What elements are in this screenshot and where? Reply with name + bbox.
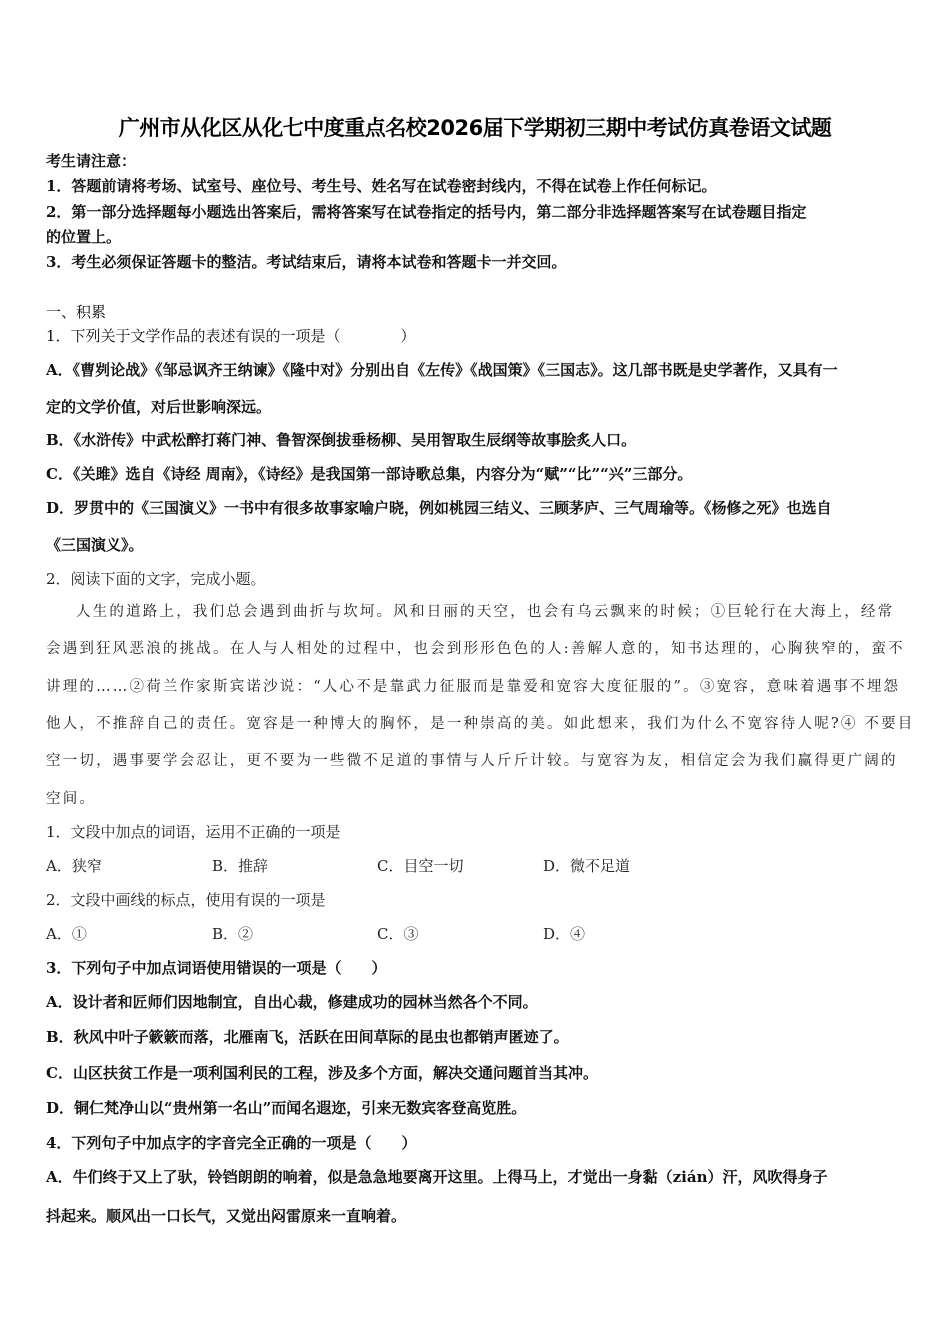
q4-option-a: A．牛们终于又上了驮，铃铛朗朗的响着，似是急急地要离开这里。上得马上，才觉出一身… — [46, 1167, 828, 1187]
q2-passage-line-6: 空间。 — [46, 789, 96, 809]
q2-passage-line-3: 讲理的……②荷兰作家斯宾诺沙说：“人心不是靠武力征服而是靠爱和宽容大度征服的”。… — [46, 677, 900, 697]
q1-option-c: C．《关雎》选自《诗经 周南》，《诗经》是我国第一部诗歌总集，内容分为“赋”“比… — [46, 464, 692, 484]
q2-sub2-option-b: B．② — [212, 924, 253, 944]
q1-stem: 1．下列关于文学作品的表述有误的一项是（ ） — [46, 326, 416, 346]
notice-item-1: 1．答题前请将考场、试室号、座位号、考生号、姓名写在试卷密封线内，不得在试卷上作… — [46, 176, 716, 196]
q1-option-b: B．《水浒传》中武松醉打蒋门神、鲁智深倒拔垂杨柳、吴用智取生辰纲等故事脍炙人口。 — [46, 430, 636, 450]
q1-option-d: D．罗贯中的《三国演义》一书中有很多故事家喻户晓，例如桃园三结义、三顾茅庐、三气… — [46, 498, 832, 518]
q2-passage-line-2: 会遇到狂风恶浪的挑战。在人与人相处的过程中，也会到形形色色的人:善解人意的，知书… — [46, 639, 905, 659]
q3-option-a: A．设计者和匠师们因地制宜，自出心裁，修建成功的园林当然各个不同。 — [46, 992, 538, 1012]
q2-sub1-stem: 1．文段中加点的词语，运用不正确的一项是 — [46, 822, 341, 842]
q2-sub2-option-d: D．④ — [543, 924, 585, 944]
q4-option-a-cont: 抖起来。顺风出一口长气，又觉出闷雷原来一直响着。 — [46, 1206, 406, 1226]
notice-item-2: 2．第一部分选择题每小题选出答案后，需将答案写在试卷指定的括号内，第二部分非选择… — [46, 202, 806, 222]
q3-option-b: B．秋风中叶子簌簌而落，北雁南飞，活跃在田间草际的昆虫也都销声匿迹了。 — [46, 1027, 569, 1047]
exam-title: 广州市从化区从化七中度重点名校2026届下学期初三期中考试仿真卷语文试题 — [0, 112, 950, 142]
q2-passage-line-4: 他人，不推辞自己的责任。宽容是一种博大的胸怀，是一种崇高的美。如此想来，我们为什… — [46, 714, 914, 734]
q2-passage-line-1: 人生的道路上，我们总会遇到曲折与坎坷。风和日丽的天空，也会有乌云飘来的时候；①巨… — [76, 602, 894, 622]
notice-item-2-cont: 的位置上。 — [46, 227, 121, 247]
q2-passage-line-5: 空一切，遇事要学会忍让，更不要为一些微不足道的事情与人斤斤计较。与宽容为友，相信… — [46, 751, 898, 771]
q1-option-a-cont: 定的文学价值，对后世影响深远。 — [46, 397, 271, 417]
q2-sub2-stem: 2．文段中画线的标点，使用有误的一项是 — [46, 890, 326, 910]
q2-sub2-option-a: A．① — [46, 924, 87, 944]
q2-sub1-option-a: A．狭窄 — [46, 856, 102, 876]
q2-stem: 2．阅读下面的文字，完成小题。 — [46, 569, 266, 589]
q1-option-a: A．《曹刿论战》《邹忌讽齐王纳谏》《隆中对》分别出自《左传》《战国策》《三国志》… — [46, 360, 838, 380]
q2-sub1-option-b: B．推辞 — [212, 856, 268, 876]
q2-sub1-option-d: D．微不足道 — [543, 856, 630, 876]
notice-item-3: 3．考生必须保证答题卡的整洁。考试结束后，请将本试卷和答题卡一并交回。 — [46, 252, 566, 272]
section-heading: 一、积累 — [46, 302, 106, 322]
q2-sub2-option-c: C．③ — [377, 924, 418, 944]
q3-option-d: D．铜仁梵净山以“贵州第一名山”而闻名遐迩，引来无数宾客登高览胜。 — [46, 1098, 526, 1118]
q2-sub1-option-c: C．目空一切 — [377, 856, 463, 876]
q1-option-d-cont: 《三国演义》。 — [46, 535, 144, 555]
q3-stem: 3．下列句子中加点词语使用错误的一项是（ ） — [46, 958, 386, 978]
exam-page: 广州市从化区从化七中度重点名校2026届下学期初三期中考试仿真卷语文试题 考生请… — [0, 0, 950, 1344]
q4-stem: 4．下列句子中加点字的字音完全正确的一项是（ ） — [46, 1133, 416, 1153]
notice-heading: 考生请注意： — [46, 151, 136, 171]
q3-option-c: C．山区扶贫工作是一项利国利民的工程，涉及多个方面，解决交通问题首当其冲。 — [46, 1063, 598, 1083]
